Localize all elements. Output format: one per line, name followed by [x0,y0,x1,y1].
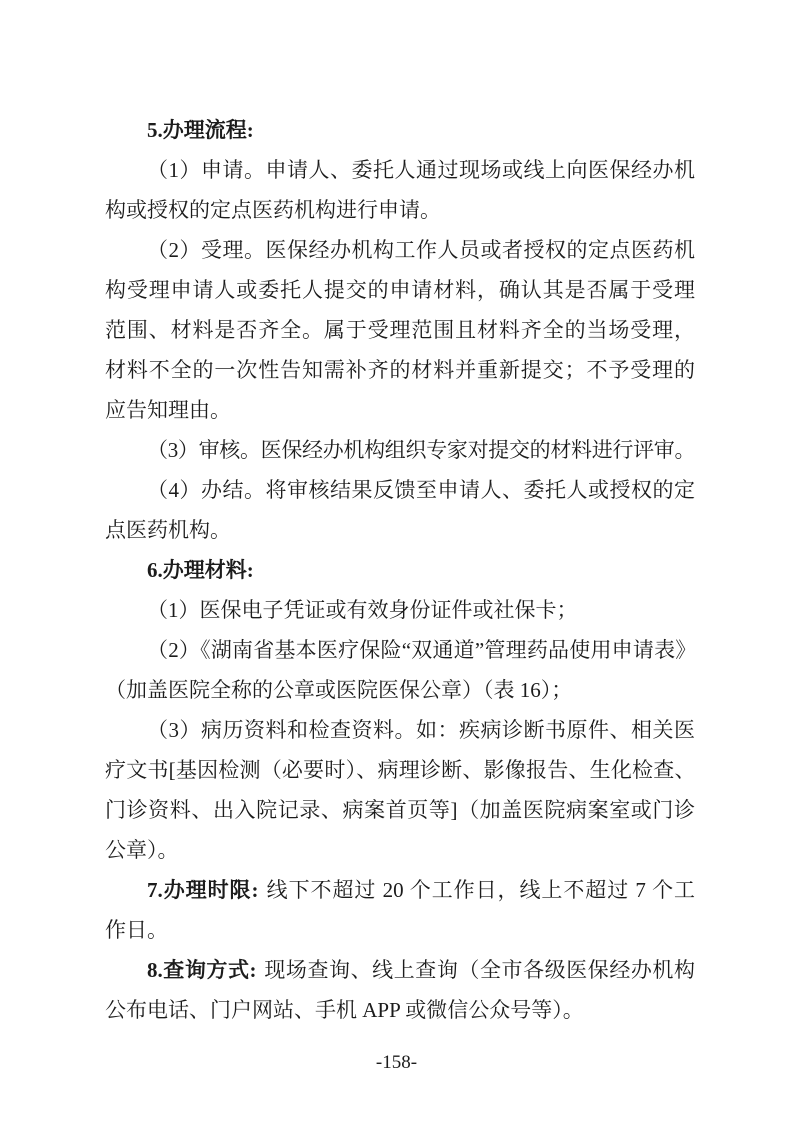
section-heading-processing-flow: 5.办理流程: [105,110,695,150]
text-line: （4）办结。将审核结果反馈至申请人、委托人或授权的定 [105,470,695,510]
text-line: 公布电话、门户网站、手机 APP 或微信公众号等）。 [105,990,695,1030]
document-body: 5.办理流程: （1）申请。申请人、委托人通过现场或线上向医保经办机 构或授权的… [105,110,695,1030]
text-line: 疗文书[基因检测（必要时）、病理诊断、影像报告、生化检查、 [105,750,695,790]
text-line: 门诊资料、出入院记录、病案首页等]（加盖医院病案室或门诊 [105,790,695,830]
text-line: （2）受理。医保经办机构工作人员或者授权的定点医药机 [105,230,695,270]
text-line: 材料不全的一次性告知需补齐的材料并重新提交；不予受理的 [105,350,695,390]
text-line: （2）《湖南省基本医疗保险“双通道”管理药品使用申请表》 [105,630,695,670]
text-line: 应告知理由。 [105,390,695,430]
text-line: （3）病历资料和检查资料。如：疾病诊断书原件、相关医 [105,710,695,750]
text-line: （1）申请。申请人、委托人通过现场或线上向医保经办机 [105,150,695,190]
text-run: 现场查询、线上查询（全市各级医保经办机构 [259,958,695,982]
text-line: （加盖医院全称的公章或医院医保公章）（表 16）； [105,670,695,710]
document-page: 5.办理流程: （1）申请。申请人、委托人通过现场或线上向医保经办机 构或授权的… [0,0,793,1122]
section-heading-label: 8.查询方式: [147,958,257,982]
section-heading-label: 7.办理时限: [147,878,258,902]
text-line: （3）审核。医保经办机构组织专家对提交的材料进行评审。 [105,430,695,470]
section-processing-time-limit: 7.办理时限: 线下不超过 20 个工作日，线上不超过 7 个工 [105,870,695,910]
section-heading-required-materials: 6.办理材料: [105,550,695,590]
text-line: 构或授权的定点医药机构进行申请。 [105,190,695,230]
text-line: 构受理申请人或委托人提交的申请材料，确认其是否属于受理 [105,270,695,310]
text-line: 公章）。 [105,830,695,870]
text-line: 点医药机构。 [105,510,695,550]
text-line: 范围、材料是否齐全。属于受理范围且材料齐全的当场受理， [105,310,695,350]
page-number: -158- [0,1051,793,1075]
text-line: 作日。 [105,910,695,950]
text-run: 线下不超过 20 个工作日，线上不超过 7 个工 [260,878,695,902]
section-heading-label: 5.办理流程: [147,118,254,142]
section-query-methods: 8.查询方式: 现场查询、线上查询（全市各级医保经办机构 [105,950,695,990]
section-heading-label: 6.办理材料: [147,558,254,582]
text-line: （1）医保电子凭证或有效身份证件或社保卡； [105,590,695,630]
